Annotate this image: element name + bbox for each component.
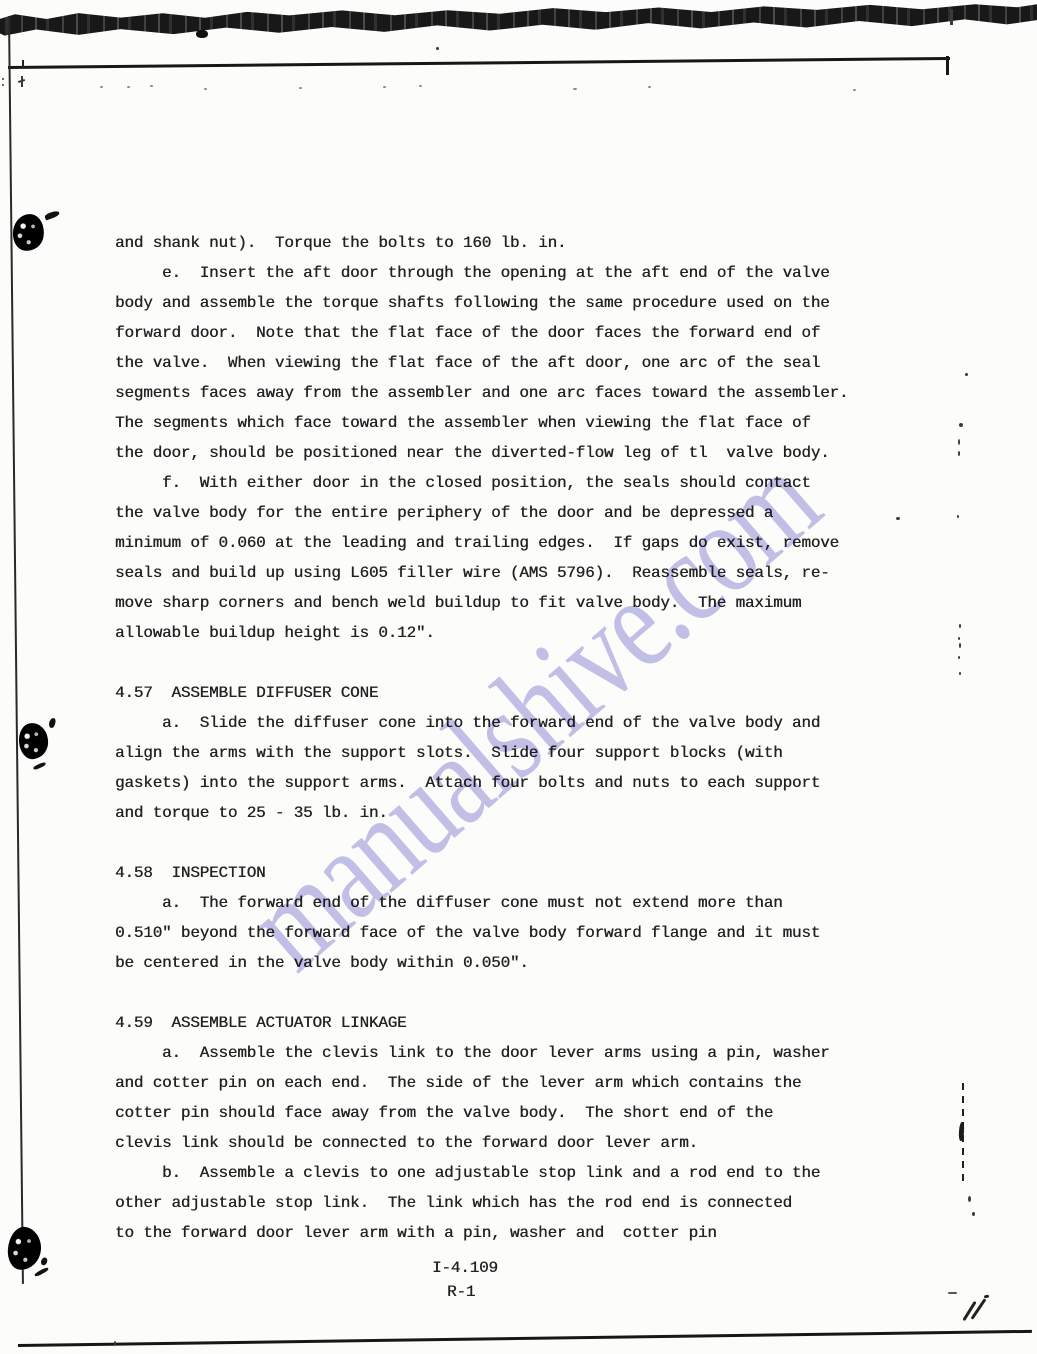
text-line: gaskets) into the support arms. Attach f… (115, 768, 848, 798)
text-line: 0.510" beyond the forward face of the va… (115, 918, 848, 948)
footer-revision: R-1 (447, 1277, 475, 1307)
scan-speck (114, 1341, 116, 1346)
text-line (115, 648, 848, 678)
text-line: e. Insert the aft door through the openi… (115, 258, 848, 288)
scan-speck (968, 1196, 971, 1202)
text-line: to the forward door lever arm with a pin… (115, 1218, 848, 1248)
ink-blot-mark (34, 1267, 49, 1278)
text-line: other adjustable stop link. The link whi… (115, 1188, 848, 1218)
scan-speck (648, 86, 651, 88)
text-line: seals and build up using L605 filler wir… (115, 558, 848, 588)
text-line: a. Assemble the clevis link to the door … (115, 1038, 848, 1068)
ink-blot (11, 212, 47, 253)
scan-speck (299, 87, 302, 89)
ink-blot (17, 722, 50, 761)
scan-speck (196, 30, 208, 38)
scan-speck (2, 78, 4, 80)
scan-speck (204, 88, 207, 90)
text-line: and cotter pin on each end. The side of … (115, 1068, 848, 1098)
scan-speck (896, 517, 900, 520)
scan-speck (2, 84, 4, 86)
text-line (115, 828, 848, 858)
text-line: segments faces away from the assembler a… (115, 378, 848, 408)
page-edge-line (8, 16, 24, 1284)
scan-speck (100, 86, 103, 88)
header-rule-hook (946, 56, 949, 75)
scan-speck (959, 672, 961, 675)
scan-speck (573, 88, 577, 90)
scan-speck (957, 515, 959, 518)
scan-speck (959, 624, 961, 628)
text-line: and shank nut). Torque the bolts to 160 … (115, 228, 848, 258)
text-line: and torque to 25 - 35 lb. in. (115, 798, 848, 828)
document-body: and shank nut). Torque the bolts to 160 … (115, 228, 848, 1248)
header-rule (8, 57, 950, 69)
text-line: 4.58 INSPECTION (115, 858, 848, 888)
text-line: a. The forward end of the diffuser cone … (115, 888, 848, 918)
scan-speck (958, 451, 960, 456)
scan-scribble (948, 1292, 957, 1294)
text-line: 4.57 ASSEMBLE DIFFUSER CONE (115, 678, 848, 708)
scan-speck (965, 373, 968, 376)
text-line: body and assemble the torque shafts foll… (115, 288, 848, 318)
footer-rule (18, 1330, 1032, 1347)
text-line: forward door. Note that the flat face of… (115, 318, 848, 348)
scan-speck (958, 656, 960, 659)
scan-speck (383, 86, 386, 88)
text-line: align the arms with the support slots. S… (115, 738, 848, 768)
text-line: 4.59 ASSEMBLE ACTUATOR LINKAGE (115, 1008, 848, 1038)
text-line: cotter pin should face away from the val… (115, 1098, 848, 1128)
text-line: The segments which face toward the assem… (115, 408, 848, 438)
scan-artifact-top-band (0, 1, 1037, 37)
scan-speck (972, 1212, 975, 1216)
ink-blot (7, 1226, 43, 1271)
scan-speck (150, 85, 153, 87)
text-line: move sharp corners and bench weld buildu… (115, 588, 848, 618)
scan-speck (959, 643, 961, 648)
text-line: b. Assemble a clevis to one adjustable s… (115, 1158, 848, 1188)
scan-speck (950, 9, 953, 25)
scan-speck (958, 637, 960, 640)
scan-speck (959, 423, 963, 427)
text-line: allowable buildup height is 0.12". (115, 618, 848, 648)
text-line: the door, should be positioned near the … (115, 438, 848, 468)
scan-speck (958, 439, 960, 445)
ink-blot-mark (33, 762, 47, 771)
scan-speck (436, 47, 439, 50)
text-line: a. Slide the diffuser cone into the forw… (115, 708, 848, 738)
text-line: the valve. When viewing the flat face of… (115, 348, 848, 378)
scan-speck (853, 89, 856, 91)
text-line (115, 978, 848, 1008)
scan-speck (419, 85, 422, 87)
scan-speck (127, 86, 130, 88)
text-line: clevis link should be connected to the f… (115, 1128, 848, 1158)
text-line: minimum of 0.060 at the leading and trai… (115, 528, 848, 558)
scan-speck (22, 60, 24, 68)
text-line: be centered in the valve body within 0.0… (115, 948, 848, 978)
scan-scribble (984, 1295, 989, 1299)
scan-speck (21, 76, 23, 87)
scanned-manual-page: and shank nut). Torque the bolts to 160 … (0, 0, 1037, 1354)
text-line: f. With either door in the closed positi… (115, 468, 848, 498)
text-line: the valve body for the entire periphery … (115, 498, 848, 528)
